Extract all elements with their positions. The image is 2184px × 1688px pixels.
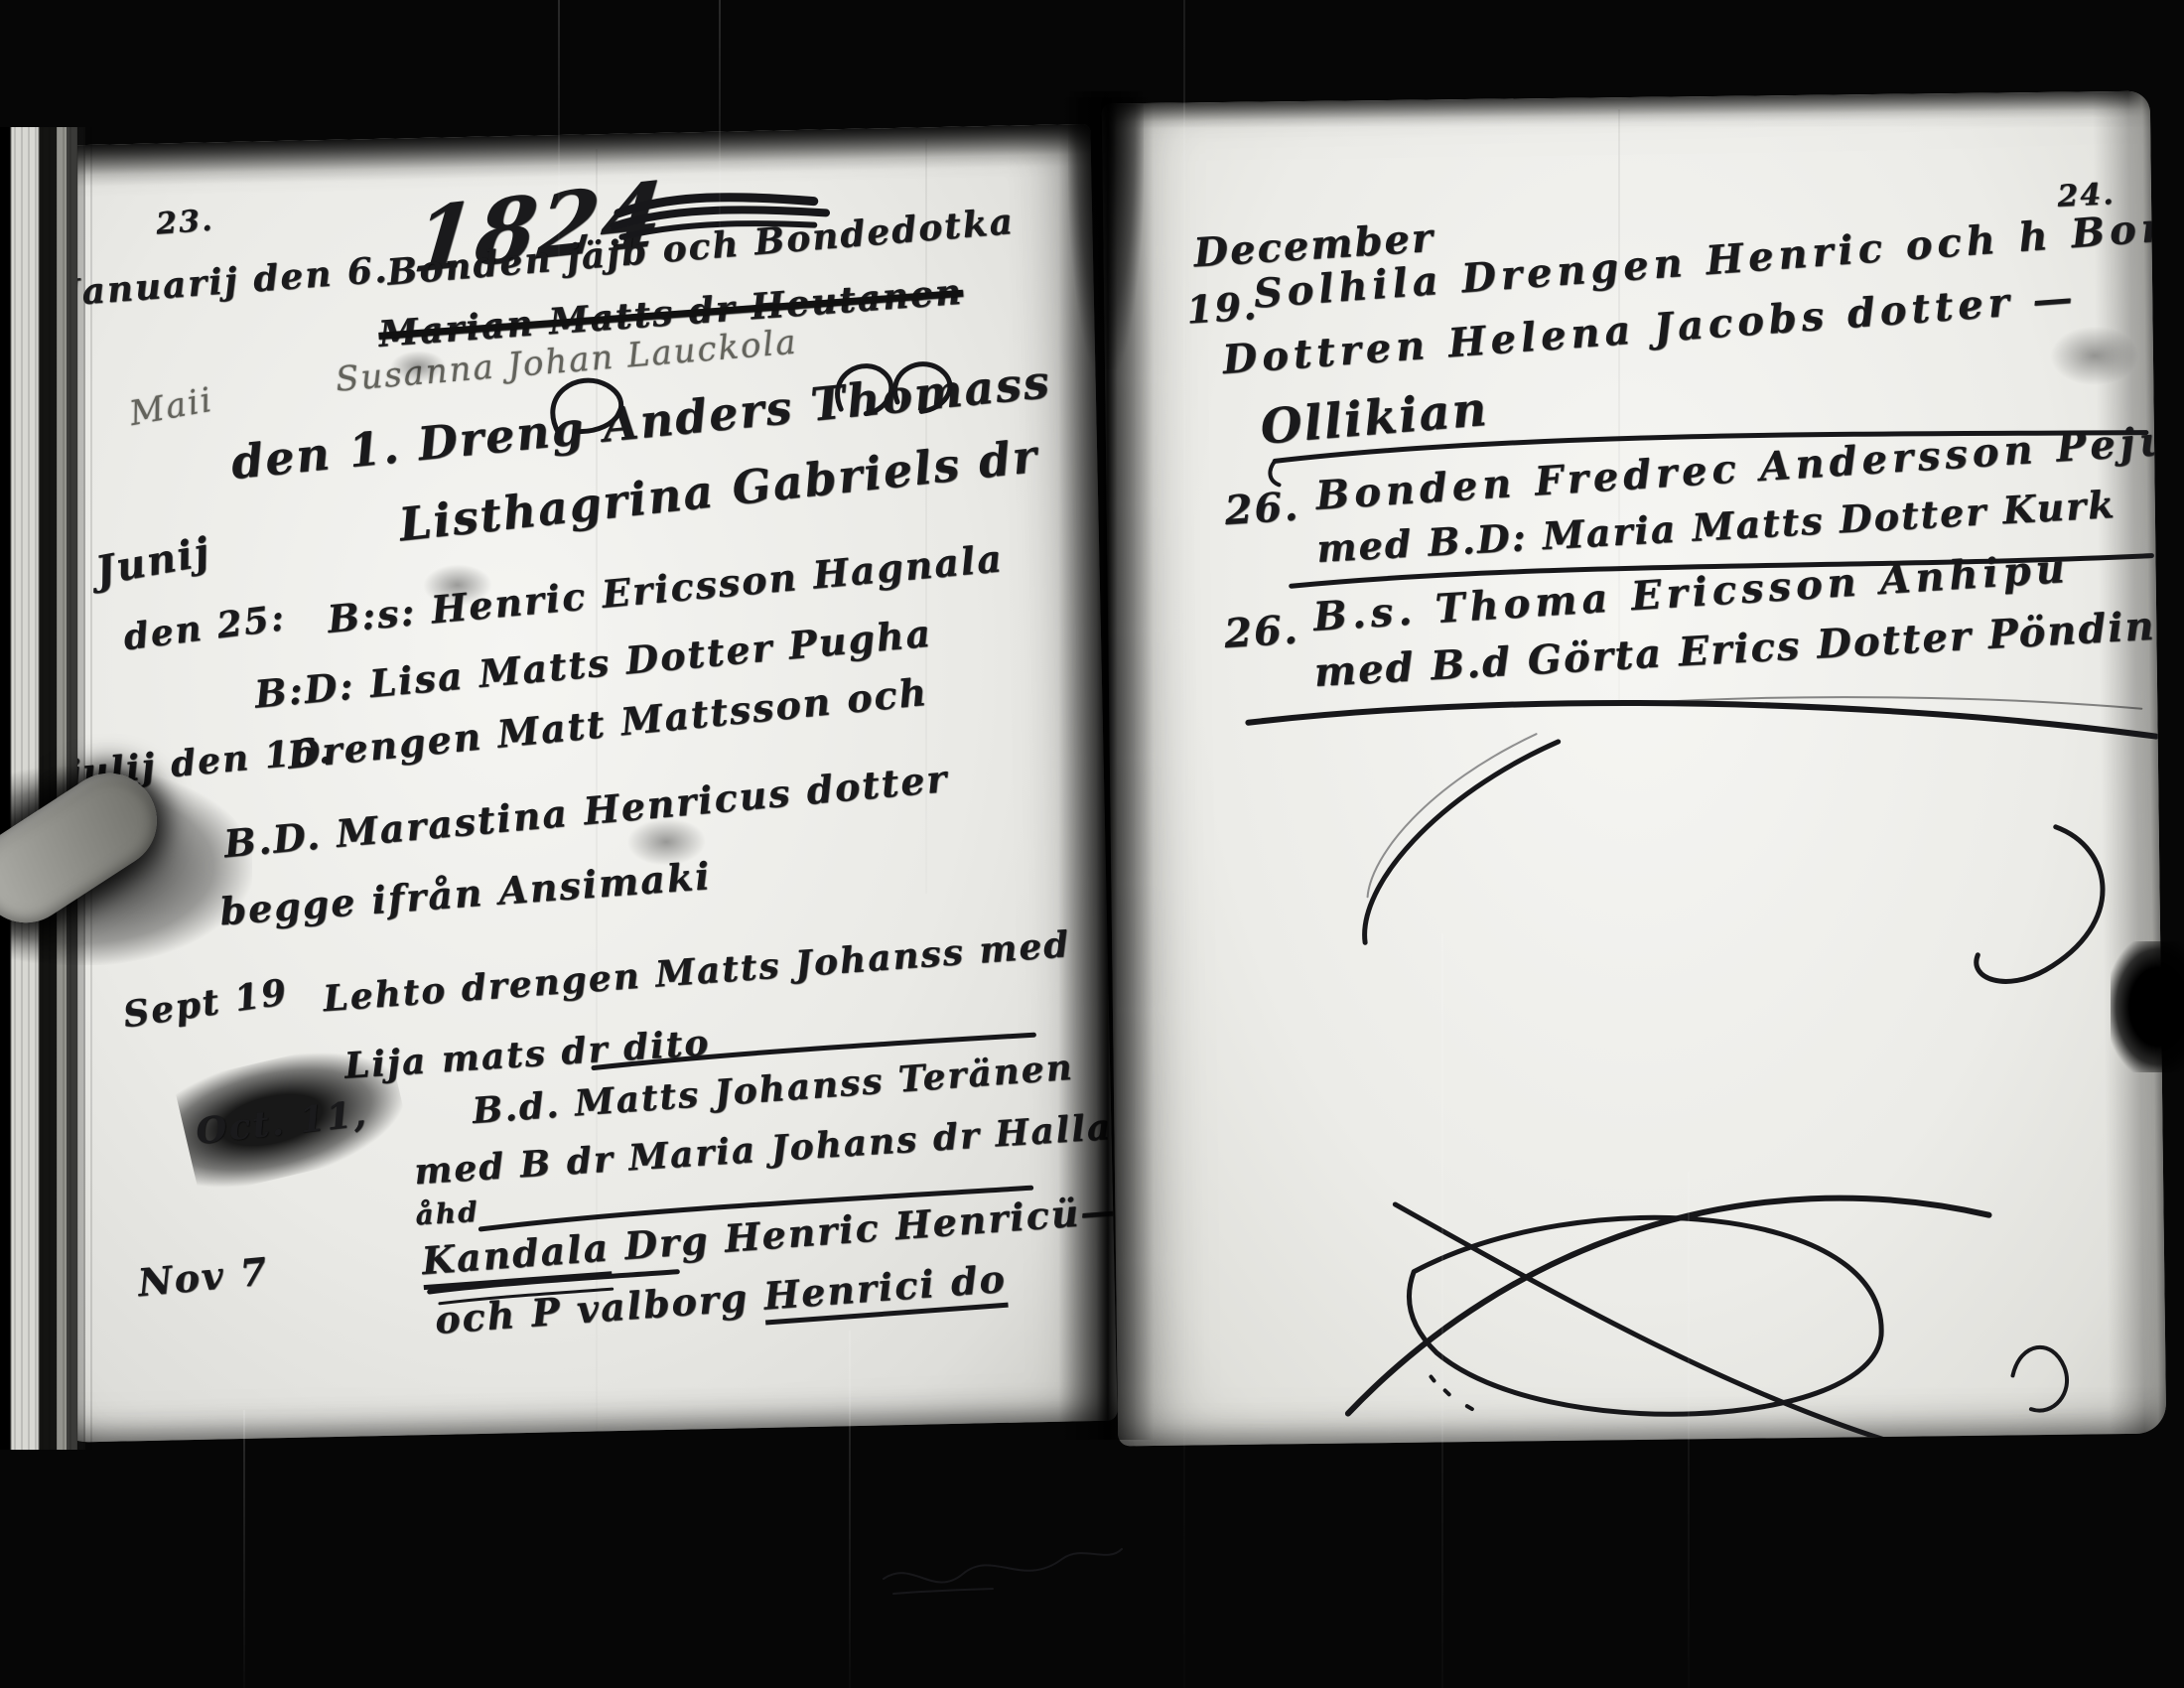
entry-date: Sept 19 bbox=[120, 971, 291, 1036]
entry-text: Lehto drengen Matts Johanss med bbox=[322, 923, 1072, 1020]
rule bbox=[1248, 696, 2155, 748]
entry-text: Drg Henric Henricü— bbox=[622, 1188, 1117, 1269]
underlined-word: Kandala bbox=[420, 1224, 612, 1290]
page-number-left: 23. bbox=[155, 203, 215, 241]
flourish-arc bbox=[1362, 742, 1561, 942]
page-top-ink-smear bbox=[1102, 91, 2150, 130]
flourish-curl bbox=[1975, 826, 2104, 982]
underlined-word: Henrici do bbox=[762, 1256, 1009, 1326]
entry-text: begge ifrån Ansimaki bbox=[218, 853, 713, 933]
entry-date: Nov 7 bbox=[136, 1248, 270, 1305]
right-page: 24. December 19. Solhila Drengen Henric … bbox=[1102, 91, 2166, 1447]
entry-number: 26. bbox=[1223, 483, 1300, 534]
entry-date: Januarij den 6. bbox=[62, 249, 390, 315]
page-edge-curl bbox=[2093, 91, 2167, 1435]
entry-date: Oct. 11, bbox=[194, 1092, 369, 1153]
scratch-scribble bbox=[874, 1519, 1132, 1618]
entry-date: den 25: bbox=[121, 597, 288, 658]
binding-shadow bbox=[1068, 91, 1144, 369]
entry-text: åhd bbox=[415, 1196, 480, 1232]
entry-number: 19. bbox=[1185, 283, 1260, 333]
flourish-figure-eight bbox=[1345, 1196, 1991, 1414]
entry-text: Kandala Drg Henric Henricü— bbox=[420, 1188, 1117, 1284]
month-margin-maii: Maii bbox=[126, 380, 216, 434]
flourish-curl bbox=[2012, 1347, 2067, 1411]
month-margin-junij: Junij bbox=[92, 528, 214, 595]
film-scratch bbox=[243, 1410, 245, 1688]
entry-text: Ollikian bbox=[1259, 381, 1491, 456]
entry-number: 26. bbox=[1223, 606, 1300, 657]
register-scan: 23. 1824 Januarij den 6. Bonden jäjb och… bbox=[0, 0, 2184, 1688]
